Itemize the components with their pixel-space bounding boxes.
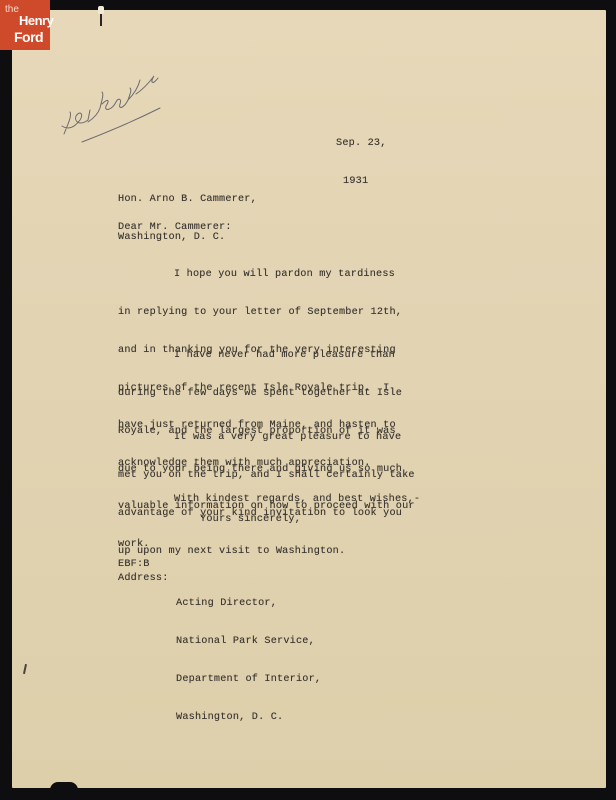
paragraph-line: during the few days we spent together at… <box>118 388 415 401</box>
logo-text-henry: Henry <box>19 14 53 27</box>
address-line: Department of Interior, <box>176 674 321 687</box>
staple-mark <box>100 14 102 26</box>
recipient-name: Hon. Arno B. Cammerer, <box>118 194 257 207</box>
the-henry-ford-logo: the Henry Ford <box>0 0 50 50</box>
logo-text-ford: Ford <box>14 30 43 44</box>
signoff: Yours sincerely, <box>118 489 301 539</box>
paper-tear <box>98 6 104 14</box>
address-line: Acting Director, <box>176 598 321 611</box>
salutation: Dear Mr. Cammerer: <box>118 222 232 235</box>
paragraph-line: I hope you will pardon my tardiness <box>118 269 402 282</box>
date-year: 1931 <box>336 176 387 189</box>
logo-text-the: the <box>5 5 19 15</box>
address-label: Address: <box>118 573 169 586</box>
mailing-address: Acting Director, National Park Service, … <box>176 573 321 737</box>
typist-initials: EBF:B <box>118 559 150 572</box>
address-line: National Park Service, <box>176 636 321 649</box>
paragraph-line: in replying to your letter of September … <box>118 307 402 320</box>
paragraph-line: It was a very great pleasure to have <box>118 432 415 445</box>
paragraph-line: up upon my next visit to Washington. <box>118 546 415 559</box>
signoff-text: Yours sincerely, <box>118 514 301 527</box>
paragraph-line: I have never had more pleasure than <box>118 350 415 363</box>
date-month-day: Sep. 23, <box>336 138 387 151</box>
staple-hole <box>96 6 106 28</box>
handwritten-note-isle-royale: Isle Royale <box>58 64 168 144</box>
address-line: Washington, D. C. <box>176 712 321 725</box>
letter-date: Sep. 23, 1931 <box>336 113 387 201</box>
